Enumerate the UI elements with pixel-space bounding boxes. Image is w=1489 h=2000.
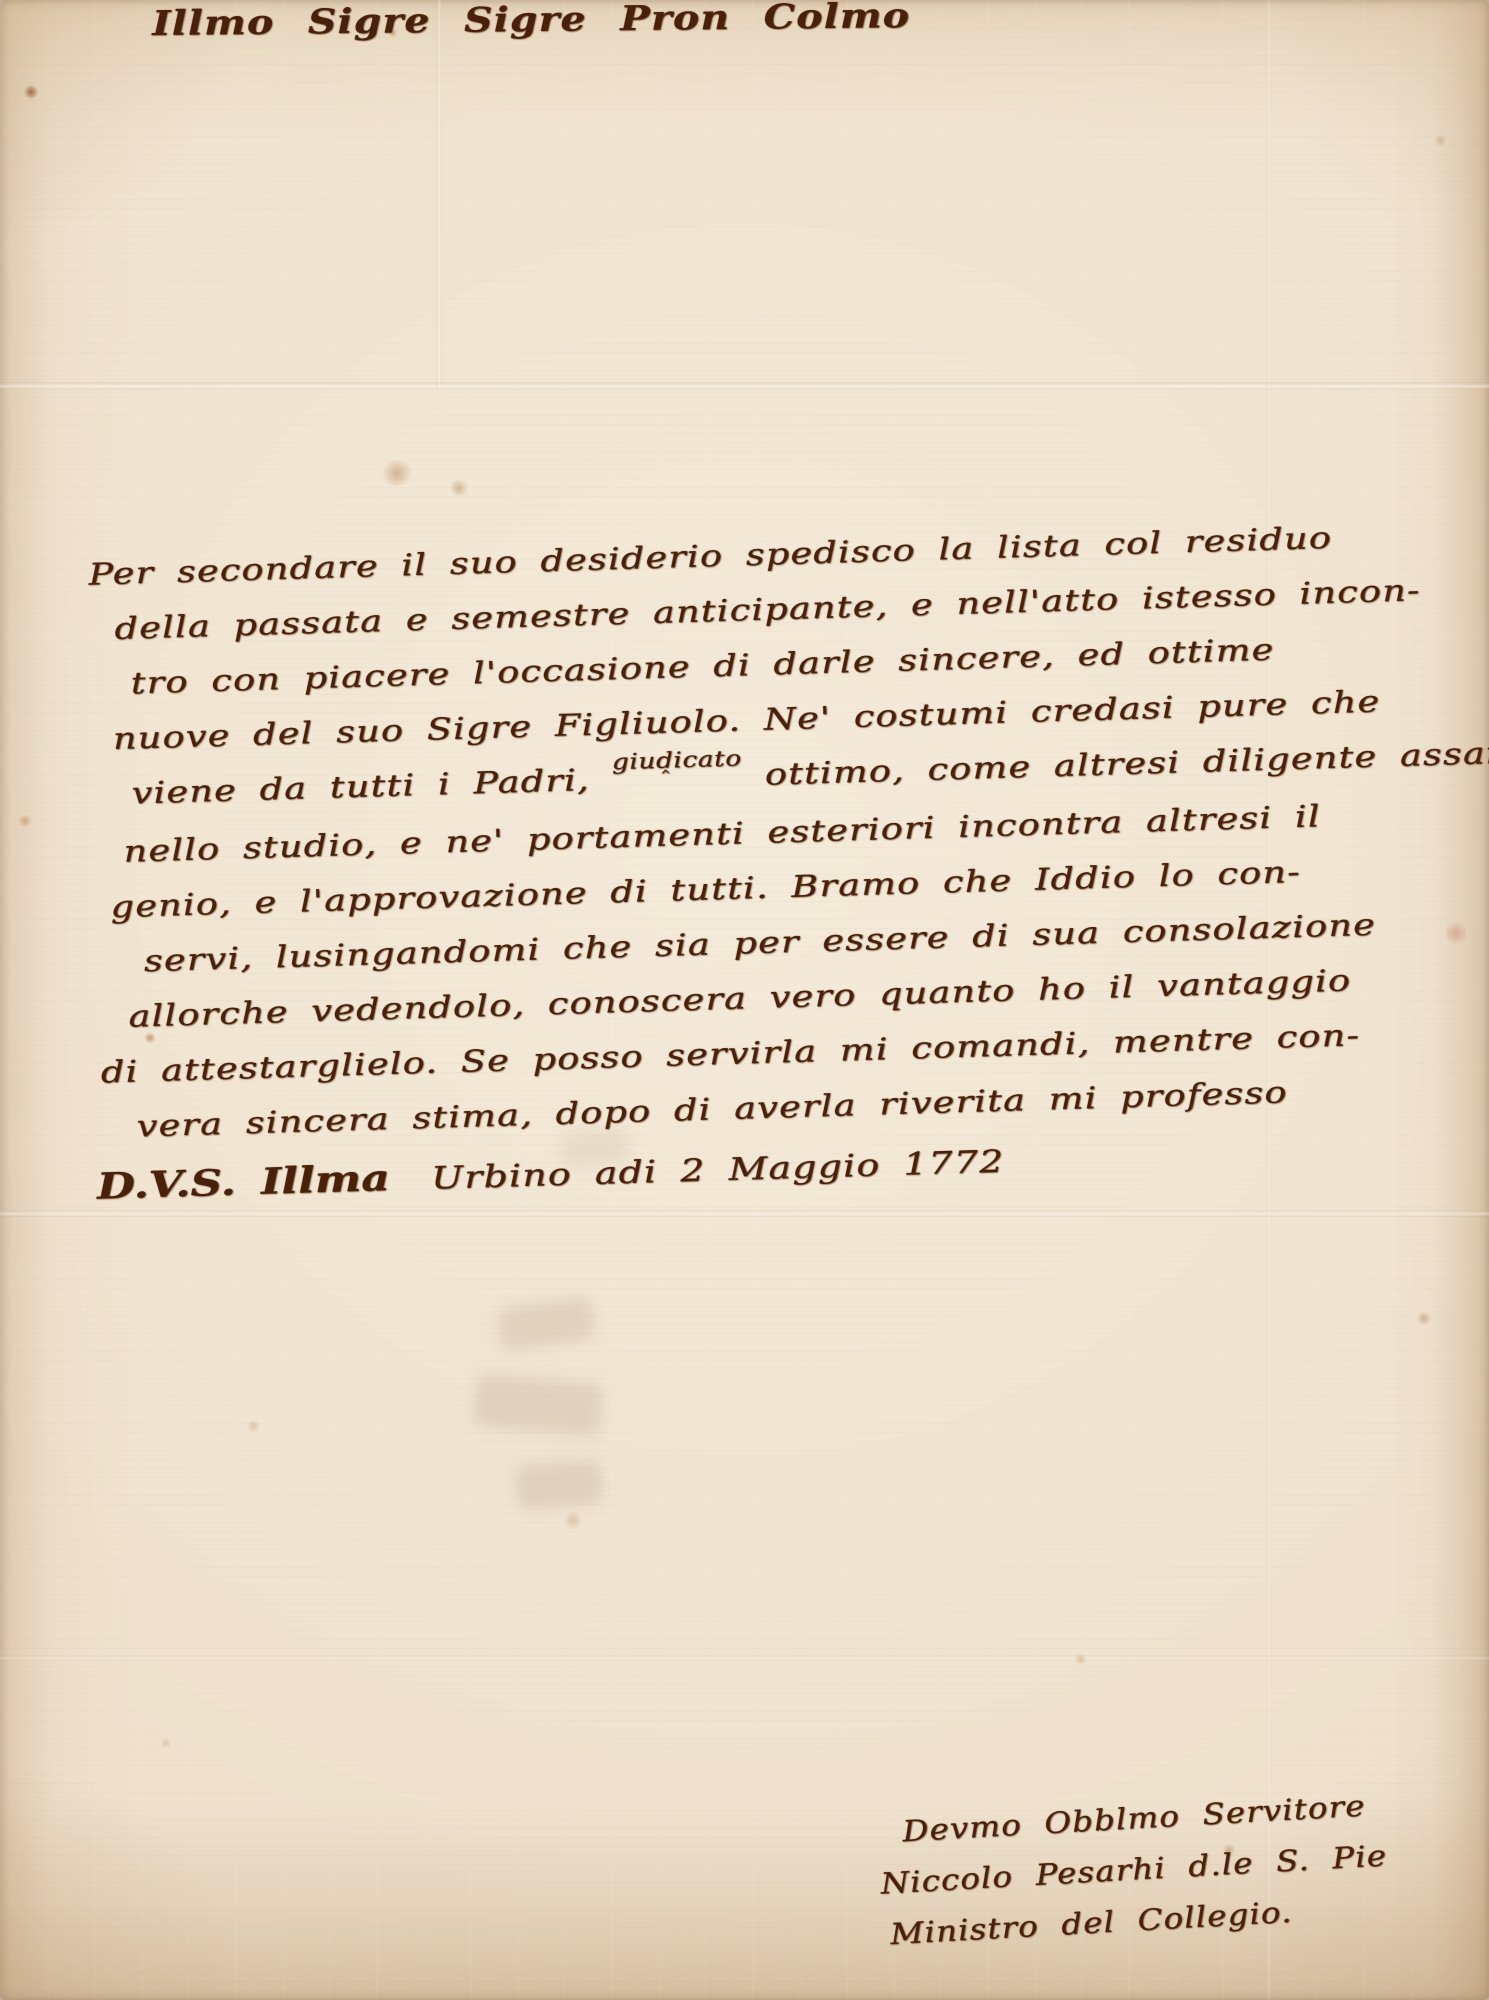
closing-abbreviation: D.V.S. Illma — [96, 1151, 390, 1215]
letter-body: Per secondare il suo desiderio spedisco … — [78, 507, 1473, 1217]
letter-paper: Illmo Sigre Sigre Pron Colmo Per seconda… — [0, 0, 1489, 2000]
body-lines: Per secondare il suo desiderio spedisco … — [78, 507, 1472, 1156]
interlinear-insertion: giudicato — [612, 746, 743, 775]
photo-backdrop: Illmo Sigre Sigre Pron Colmo Per seconda… — [0, 0, 1489, 2000]
signature-block: Devmo Obblmo ServitoreNiccolo Pesarhi d.… — [872, 1779, 1391, 1960]
body-line-text: viene da tutti i Padri, — [131, 762, 613, 811]
body-line-text: ottimo, come altresi diligente assai — [742, 736, 1489, 793]
